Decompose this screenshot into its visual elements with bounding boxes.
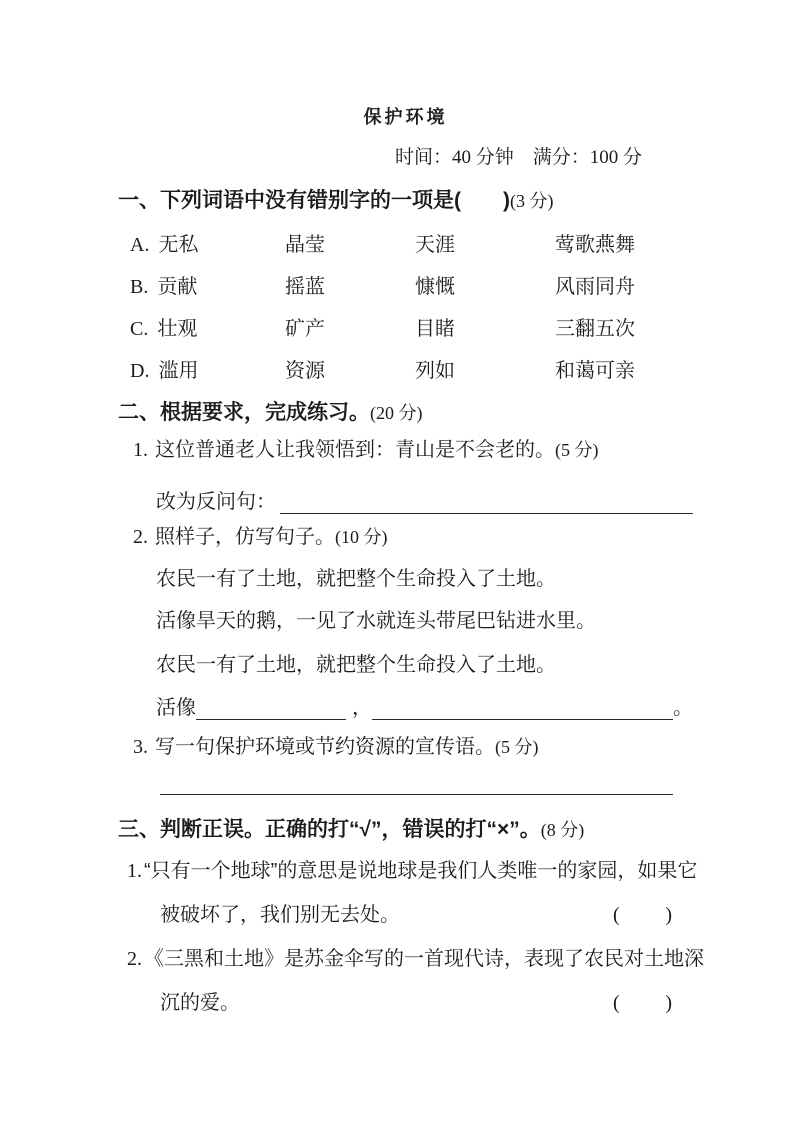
- question-text: 照样子，仿写句子。(10 分): [155, 526, 388, 548]
- judge-question-line2: 被破坏了，我们别无去处。 ( ): [160, 904, 693, 926]
- option-row-c: C.壮观 矿产 目睹 三翻五次: [130, 318, 693, 360]
- question-text: 写一句保护环境或节约资源的宣传语。(5 分): [155, 736, 539, 758]
- section-one-heading-text: 一、下列词语中没有错别字的一项是( ): [118, 189, 510, 212]
- question-text: 这位普通老人让我领悟到：青山是不会老的。(5 分): [155, 439, 599, 461]
- fill-period: 。: [673, 696, 693, 720]
- judge-question-text: 沉的爱。: [160, 992, 240, 1014]
- question-2-2: 2. 照样子，仿写句子。(10 分): [133, 526, 693, 548]
- option-word: 风雨同舟: [555, 276, 693, 298]
- answer-blank: [196, 696, 346, 720]
- paren-close: ): [665, 904, 672, 926]
- option-label-a: A.: [130, 234, 149, 256]
- judge-question-text: “只有一个地球”的意思是说地球是我们人类唯一的家园，如果它: [144, 860, 697, 882]
- judge-question-1: 1.“只有一个地球”的意思是说地球是我们人类唯一的家园，如果它 被破坏了，我们别…: [127, 860, 693, 926]
- section-three-heading-text: 三、判断正误。正确的打“√”，错误的打“×”。: [118, 818, 541, 841]
- answer-blank: [372, 696, 673, 720]
- option-list: A.无私 晶莹 天涯 莺歌燕舞 B.贡献 摇蓝 慷慨 风雨同舟 C.壮观 矿产 …: [130, 234, 693, 402]
- judge-question-line1: 1.“只有一个地球”的意思是说地球是我们人类唯一的家园，如果它: [127, 860, 693, 882]
- option-cell: B.贡献: [130, 276, 285, 298]
- option-word: 滥用: [158, 360, 198, 382]
- judge-question-line2: 沉的爱。 ( ): [160, 992, 693, 1014]
- question-number: 1.: [133, 439, 155, 461]
- option-word: 目睹: [415, 318, 555, 340]
- rewrite-answer-line: 改为反问句：: [156, 490, 693, 514]
- exam-title: 保护环境: [118, 108, 693, 126]
- question-2-3: 3. 写一句保护环境或节约资源的宣传语。(5 分): [133, 736, 693, 758]
- answer-blank: [280, 490, 693, 514]
- judge-answer-parens: ( ): [613, 904, 672, 926]
- option-row-a: A.无私 晶莹 天涯 莺歌燕舞: [130, 234, 693, 276]
- option-word: 列如: [415, 360, 555, 382]
- rewrite-label: 改为反问句：: [156, 490, 276, 514]
- exam-meta: 时间：40 分钟 满分：100 分: [395, 148, 693, 168]
- judge-question-line1: 2.《三黑和土地》是苏金伞写的一首现代诗，表现了农民对土地深: [127, 948, 693, 970]
- section-one-heading: 一、下列词语中没有错别字的一项是( )(3 分): [118, 190, 693, 212]
- option-word: 天涯: [415, 234, 555, 256]
- question-number: 1.: [127, 860, 142, 882]
- option-word: 莺歌燕舞: [555, 234, 693, 256]
- example-sentence-2: 活像旱天的鹅，一见了水就连头带尾巴钻进水里。: [156, 610, 693, 632]
- judge-answer-parens: ( ): [613, 992, 672, 1014]
- section-three-points: (8 分): [541, 820, 585, 840]
- fill-in-line: 活像 ， 。: [156, 696, 693, 720]
- fill-prefix: 活像: [156, 696, 196, 720]
- section-one-points: (3 分): [510, 191, 554, 211]
- example-sentence-1: 农民一有了土地，就把整个生命投入了土地。: [156, 568, 693, 590]
- option-word: 三翻五次: [555, 318, 693, 340]
- option-cell: C.壮观: [130, 318, 285, 340]
- section-two-heading: 二、根据要求，完成练习。(20 分): [118, 402, 693, 424]
- question-points: (5 分): [555, 440, 599, 460]
- option-word: 矿产: [285, 318, 415, 340]
- question-points: (5 分): [495, 737, 539, 757]
- question-number: 2.: [127, 948, 142, 970]
- answer-blank: [160, 773, 673, 795]
- option-word: 无私: [158, 234, 198, 256]
- option-word: 慷慨: [415, 276, 555, 298]
- option-label-c: C.: [130, 318, 148, 340]
- paren-open: (: [613, 992, 620, 1014]
- option-word: 壮观: [157, 318, 197, 340]
- practice-sentence: 农民一有了土地，就把整个生命投入了土地。: [156, 654, 693, 676]
- exam-page: 保护环境 时间：40 分钟 满分：100 分 一、下列词语中没有错别字的一项是(…: [0, 0, 793, 1122]
- option-cell: A.无私: [130, 234, 285, 256]
- fill-comma: ，: [352, 696, 372, 720]
- question-number: 2.: [133, 526, 155, 548]
- paren-close: ): [665, 992, 672, 1014]
- question-number: 3.: [133, 736, 155, 758]
- option-cell: D.滥用: [130, 360, 285, 382]
- option-word: 资源: [285, 360, 415, 382]
- question-2-1: 1. 这位普通老人让我领悟到：青山是不会老的。(5 分): [133, 439, 693, 461]
- judge-question-text: 被破坏了，我们别无去处。: [160, 904, 400, 926]
- section-two-points: (20 分): [370, 403, 423, 423]
- option-word: 贡献: [157, 276, 197, 298]
- option-word: 摇蓝: [285, 276, 415, 298]
- judge-question-text: 《三黑和土地》是苏金伞写的一首现代诗，表现了农民对土地深: [144, 948, 704, 970]
- option-row-d: D.滥用 资源 列如 和蔼可亲: [130, 360, 693, 402]
- section-two-heading-text: 二、根据要求，完成练习。: [118, 401, 370, 424]
- option-label-b: B.: [130, 276, 148, 298]
- option-label-d: D.: [130, 360, 149, 382]
- option-row-b: B.贡献 摇蓝 慷慨 风雨同舟: [130, 276, 693, 318]
- judge-question-2: 2.《三黑和土地》是苏金伞写的一首现代诗，表现了农民对土地深 沉的爱。 ( ): [127, 948, 693, 1014]
- option-word: 晶莹: [285, 234, 415, 256]
- option-word: 和蔼可亲: [555, 360, 693, 382]
- paren-open: (: [613, 904, 620, 926]
- section-three-heading: 三、判断正误。正确的打“√”，错误的打“×”。(8 分): [118, 819, 693, 841]
- question-points: (10 分): [335, 527, 388, 547]
